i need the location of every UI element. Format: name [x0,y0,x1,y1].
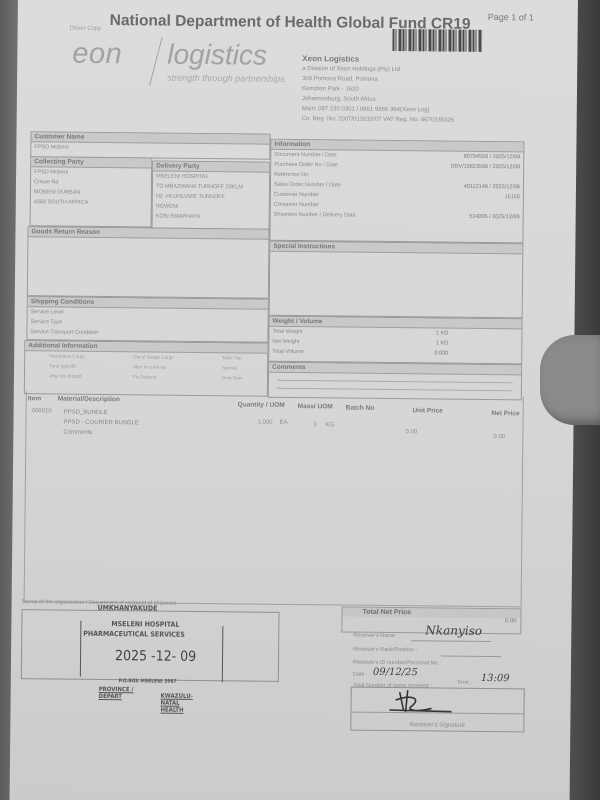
information-box: Information Document Number / Date807645… [269,139,524,244]
comments-label: Comments [269,363,521,376]
barcode-icon [392,29,482,52]
info-row-value: 524006 / 2025/12/09 [469,212,520,223]
col-mass: Mass/ UOM [298,403,346,416]
special-instructions-label: Special Instructions [270,242,522,255]
goods-return-label: Goods Return Reason [28,227,268,240]
customer-value: FPSD Mobeni [31,142,269,154]
info-row-label: Purchase Order No / Date [274,160,338,171]
item-description: PPSD - COURIER BUNDLE [63,420,138,427]
weight-row-label: Net Weight [272,337,299,347]
weight-row-label: Total Volume [272,347,304,357]
signature-label: Receiver's Signature [351,722,523,730]
weight-row-label: Total Weight [272,327,302,337]
receiver-name-value[interactable]: Nkanyiso [425,623,482,638]
weight-row-value: 1 KG [436,328,449,338]
option-after-hrs-pickup: After hrs pick-up [133,362,174,372]
weight-row-value: 0.000 [434,348,448,358]
receiver-id-label: Receiver's ID number/Personal No. : [353,660,442,667]
col-net-price: Net Price [460,410,520,418]
stamp-line: PHARMACEUTICAL SERVICES [83,630,185,639]
item-comment: Comments [63,430,92,436]
weight-row-value: 1 KG [436,338,449,348]
signature-scribble-icon [381,688,461,715]
signature-box[interactable]: Receiver's Signature [350,687,524,733]
info-row-label: Document Number / Date [274,150,336,161]
option-after-hrs-dropoff: After hrs dropoff [49,371,84,381]
info-row-label: Container Number [274,200,319,210]
stamp-footer-left: PROVINCE / DEPART [99,686,135,700]
item-unit-price: 0.00 [405,429,417,435]
stamp-line: UMKHANYAKUDE [98,604,158,613]
delivery-party-box: Delivery Party MSELENI HOSPITAL TO MBAZW… [152,160,271,229]
stamp-line: MSELENI HOSPITAL [111,620,179,629]
receiver-time-value[interactable]: 13:09 [481,673,510,684]
option-time-specific: Time Specific [49,361,84,371]
shipping-row: Service Transport Condition [27,327,267,340]
option-tailor-trip: Tailor Trip [222,353,243,363]
item-material: PPSD_BUNDLE [64,410,108,416]
copy-label: Driver Copy [70,26,102,32]
collecting-line: 4060 SOUTH AFRICA [31,197,151,208]
receiver-time-label: Time : [457,680,472,686]
item-uom: EA [279,420,287,426]
item-mass-uom: KG [325,422,334,428]
logo-divider [149,37,163,86]
info-row-value: 40112148 / 2025/12/08 [464,182,520,193]
info-row-label: Customer Number [274,190,319,200]
stamp-date: 2025 -12- 09 [115,648,196,665]
company-line: Co. Reg. No: 2007/012632/07 VAT Reg. No:… [302,114,455,126]
receiver-date-label: Date : [353,672,368,678]
info-row-label: Shipment Number / Delivery Date [274,210,356,221]
item-number: 000010 [32,408,52,414]
holding-thumb [540,335,600,425]
info-row-value: DDV/15823588 / 2025/12/08 [450,162,520,173]
option-special: Special [222,363,243,373]
logo-logistics: logistics [167,39,267,72]
stamp-address: P.O.BOX MSELENI 3987 [119,678,177,685]
logo-eon: eon [72,38,122,72]
delivery-document: National Department of Health Global Fun… [10,0,578,800]
item-net-price: 0.00 [493,434,505,440]
info-row-value: 80764550 / 2025/12/08 [464,152,521,163]
info-row-value: 15150 [505,192,520,202]
weight-row: Total Volume0.000 [269,347,521,360]
col-batch: Batch No [346,405,396,417]
company-address: Xeon Logistics a Division of Xeon Holdin… [302,54,455,126]
receiver-rank-label: Receiver's Rank/Position : [353,647,417,654]
receiver-name-label: Receiver's Name : [353,633,398,639]
logo-tagline: strength through partnerships [167,73,285,84]
item-mass: 1 [313,422,316,428]
info-row-label: Sales Order Number / Date [274,180,341,191]
info-row-label: Reference No [274,170,308,180]
item-quantity: 1.000 [257,420,272,426]
option-hazardous: Hazardous Cargo [49,351,84,361]
option-out-of-gauge: Out of Gauge Cargo [133,352,174,362]
page-number: Page 1 of 1 [488,12,534,22]
customer-box: Customer Name FPSD Mobeni [30,131,270,160]
info-row: Shipment Number / Delivery Date524006 / … [271,210,523,223]
special-instructions-box: Special Instructions [269,241,524,319]
col-quantity: Quantity / UOM [238,401,298,415]
additional-options: Hazardous Cargo Time Specific After hrs … [25,351,267,384]
collecting-party-box: Collecting Party FPSD Mobeni Crewe Rd MO… [30,156,153,227]
delivery-line: KOSI EMAPHAYA [153,211,269,222]
option-fix-delivery: Fix Delivery [133,372,174,382]
receiver-date-value[interactable]: 09/12/25 [373,667,418,678]
weight-volume-box: Weight / Volume Total Weight1 KG Net Wei… [268,316,522,365]
stamp-footer-right: KWAZULU-NATAL HEALTH [160,693,200,714]
goods-return-box: Goods Return Reason [27,226,270,299]
additional-info-box: Additional Information Hazardous Cargo T… [24,340,269,397]
shipping-conditions-box: Shipping Conditions Service Level Servic… [26,296,268,343]
col-unit-price: Unit Price [396,407,460,417]
option-drop-over: Drop Over [222,373,243,383]
